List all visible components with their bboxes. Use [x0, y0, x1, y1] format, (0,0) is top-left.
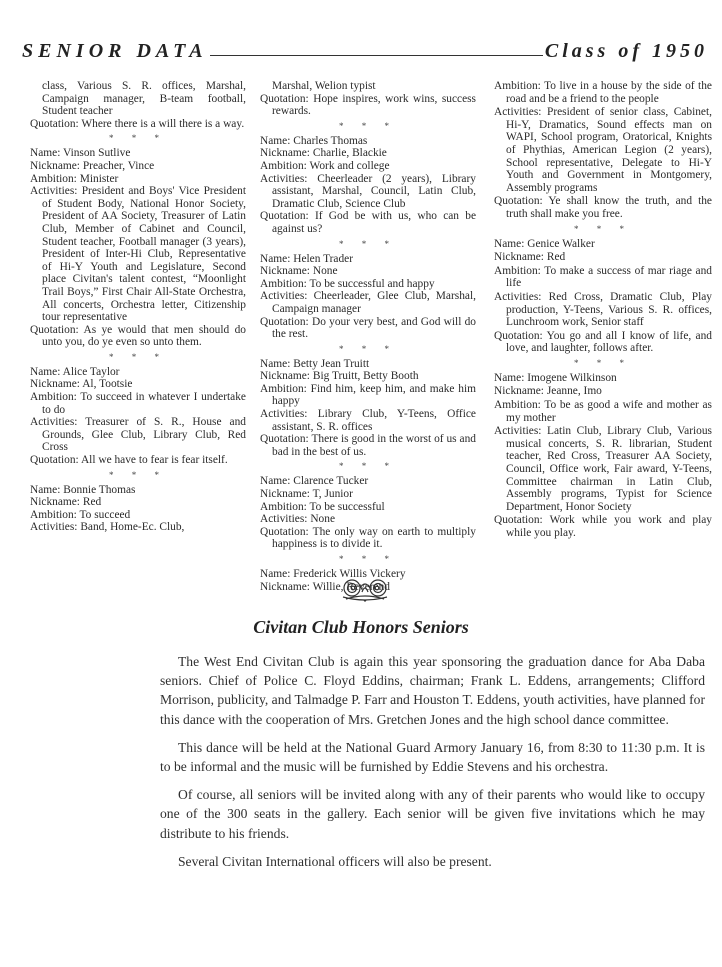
ambition-label: Ambition: [30, 509, 77, 521]
senior-entry: Marshal, Welion typistQuotation: Hope in… [260, 80, 476, 118]
ambition-field: Ambition: To succeed [30, 509, 246, 522]
activities-label: Activities: [494, 106, 541, 118]
quotation-label: Quotation: [30, 324, 79, 336]
senior-entry: Name: Imogene WilkinsonNickname: Jeanne,… [494, 372, 712, 540]
ambition-value: Work and college [310, 160, 390, 172]
quotation-field: Quotation: Ye shall know the truth, and … [494, 195, 712, 220]
article-paragraph: Several Civitan International officers w… [160, 852, 705, 871]
activities-field: Activities: Latin Club, Library Club, Va… [494, 425, 712, 513]
name-value: Vinson Sutlive [63, 147, 130, 159]
name-field: Name: Bonnie Thomas [30, 484, 246, 497]
nickname-field: Nickname: Preacher, Vince [30, 160, 246, 173]
quotation-field: Quotation: The only way on earth to mult… [260, 526, 476, 551]
quotation-label: Quotation: [494, 330, 543, 342]
ambition-label: Ambition: [494, 399, 541, 411]
activities-field: Activities: Treasurer of S. R., House an… [30, 416, 246, 454]
quotation-label: Quotation: [494, 195, 543, 207]
name-field: Name: Betty Jean Truitt [260, 358, 476, 371]
ambition-label: Ambition: [260, 278, 307, 290]
article-body: The West End Civitan Club is again this … [160, 652, 705, 880]
quotation-field: Quotation: Where there is a will there i… [30, 118, 246, 131]
article-title: Civitan Club Honors Seniors [0, 617, 722, 638]
nickname-label: Nickname: [260, 581, 310, 593]
column-2: Marshal, Welion typistQuotation: Hope in… [260, 80, 476, 593]
senior-entry: class, Various S. R. offices, Marshal, C… [30, 80, 246, 130]
senior-entry: Name: Bonnie ThomasNickname: RedAmbition… [30, 484, 246, 534]
activities-field: Activities: Library Club, Y-Teens, Offic… [260, 408, 476, 433]
quotation-label: Quotation: [30, 118, 79, 130]
activities-field: Activities: Cheerleader (2 years), Libra… [260, 173, 476, 211]
name-label: Name: [260, 135, 290, 147]
entry-separator: * * * [494, 357, 712, 369]
nickname-label: Nickname: [494, 251, 544, 263]
name-label: Name: [260, 568, 290, 580]
entry-separator: * * * [260, 343, 476, 355]
ambition-field: Ambition: Minister [30, 173, 246, 186]
name-field: Name: Genice Walker [494, 238, 712, 251]
header-rule [210, 55, 543, 56]
name-value: Genice Walker [527, 238, 595, 250]
nickname-label: Nickname: [30, 496, 80, 508]
activities-value: President of senior class, Cabinet, Hi-Y… [506, 106, 712, 194]
nickname-value: Red [83, 496, 101, 508]
quotation-field: Quotation: If God be with us, who can be… [260, 210, 476, 235]
name-value: Imogene Wilkinson [527, 372, 617, 384]
ambition-label: Ambition: [260, 160, 307, 172]
nickname-label: Nickname: [260, 370, 310, 382]
quotation-value: All we have to fear is fear itself. [81, 454, 228, 466]
quotation-value: Where there is a will there is a way. [81, 118, 244, 130]
nickname-field: Nickname: Al, Tootsie [30, 378, 246, 391]
senior-data-columns: class, Various S. R. offices, Marshal, C… [30, 80, 712, 593]
quotation-field: Quotation: All we have to fear is fear i… [30, 454, 246, 467]
quotation-label: Quotation: [260, 433, 309, 445]
nickname-label: Nickname: [30, 160, 80, 172]
entry-separator: * * * [30, 469, 246, 481]
activities-field: Activities: President and Boys' Vice Pre… [30, 185, 246, 324]
activities-field: Activities: Cheerleader, Glee Club, Mars… [260, 290, 476, 315]
senior-entry: Name: Charles ThomasNickname: Charlie, B… [260, 135, 476, 236]
ambition-value: Minister [80, 173, 119, 185]
nickname-field: Nickname: Red [494, 251, 712, 264]
name-label: Name: [494, 372, 524, 384]
name-label: Name: [30, 147, 60, 159]
name-value: Betty Jean Truitt [293, 358, 369, 370]
activities-value: President and Boys' Vice President of St… [42, 185, 246, 323]
nickname-value: Red [547, 251, 565, 263]
ambition-label: Ambition: [260, 501, 307, 513]
activities-label: Activities: [30, 416, 77, 428]
senior-entry: Name: Betty Jean TruittNickname: Big Tru… [260, 358, 476, 459]
scroll-ornament-icon [340, 578, 390, 602]
activities-label: Activities: [494, 291, 541, 303]
name-label: Name: [494, 238, 524, 250]
activities-label: Activities: [30, 185, 77, 197]
name-field: Name: Helen Trader [260, 253, 476, 266]
ambition-label: Ambition: [260, 383, 307, 395]
quotation-label: Quotation: [260, 93, 309, 105]
name-field: Name: Vinson Sutlive [30, 147, 246, 160]
ambition-field: Ambition: To live in a house by the side… [494, 80, 712, 105]
section-title: SENIOR DATA [22, 40, 208, 63]
quotation-field: Quotation: There is good in the worst of… [260, 433, 476, 458]
name-value: Alice Taylor [63, 366, 120, 378]
quotation-label: Quotation: [30, 454, 79, 466]
ambition-value: To succeed [80, 509, 131, 521]
nickname-field: Nickname: Jeanne, Imo [494, 385, 712, 398]
nickname-value: Big Truitt, Betty Booth [313, 370, 419, 382]
quotation-field: Quotation: Do your very best, and God wi… [260, 316, 476, 341]
quotation-field: Quotation: As ye would that men should d… [30, 324, 246, 349]
name-value: Helen Trader [293, 253, 353, 265]
activities-field: Activities: Red Cross, Dramatic Club, Pl… [494, 291, 712, 329]
page-header: SENIOR DATA Class of 1950 [22, 36, 708, 66]
nickname-value: Charlie, Blackie [313, 147, 387, 159]
nickname-value: Jeanne, Imo [547, 385, 602, 397]
name-value: Charles Thomas [293, 135, 367, 147]
continued-text: Marshal, Welion typist [260, 80, 476, 93]
name-label: Name: [30, 484, 60, 496]
ambition-field: Ambition: To succeed in whatever I under… [30, 391, 246, 416]
name-field: Name: Alice Taylor [30, 366, 246, 379]
article-paragraph: This dance will be held at the National … [160, 738, 705, 776]
quotation-label: Quotation: [260, 526, 309, 538]
article-paragraph: Of course, all seniors will be invited a… [160, 785, 705, 843]
senior-entry: Name: Helen TraderNickname: NoneAmbition… [260, 253, 476, 341]
activities-label: Activities: [260, 408, 307, 420]
senior-entry: Name: Vinson SutliveNickname: Preacher, … [30, 147, 246, 349]
activities-label: Activities: [260, 173, 307, 185]
senior-entry: Ambition: To live in a house by the side… [494, 80, 712, 221]
nickname-value: Al, Tootsie [82, 378, 132, 390]
ambition-field: Ambition: To be successful [260, 501, 476, 514]
name-label: Name: [260, 358, 290, 370]
ambition-field: Ambition: To make a success of mar riage… [494, 265, 712, 290]
name-field: Name: Charles Thomas [260, 135, 476, 148]
ambition-label: Ambition: [494, 80, 541, 92]
name-value: Clarence Tucker [293, 475, 368, 487]
activities-label: Activities: [260, 513, 307, 525]
entry-separator: * * * [260, 238, 476, 250]
nickname-value: Preacher, Vince [83, 160, 154, 172]
senior-entry: Name: Clarence TuckerNickname: T, Junior… [260, 475, 476, 551]
activities-label: Activities: [494, 425, 541, 437]
column-3: Ambition: To live in a house by the side… [494, 80, 712, 593]
ambition-field: Ambition: Work and college [260, 160, 476, 173]
activities-label: Activities: [260, 290, 307, 302]
nickname-label: Nickname: [494, 385, 544, 397]
quotation-field: Quotation: You go and all I know of life… [494, 330, 712, 355]
entry-separator: * * * [30, 351, 246, 363]
column-1: class, Various S. R. offices, Marshal, C… [30, 80, 246, 593]
entry-separator: * * * [494, 223, 712, 235]
ambition-label: Ambition: [494, 265, 541, 277]
nickname-field: Nickname: Red [30, 496, 246, 509]
class-year-title: Class of 1950 [545, 40, 708, 63]
entry-separator: * * * [30, 132, 246, 144]
nickname-value: None [313, 265, 338, 277]
nickname-field: Nickname: T, Junior [260, 488, 476, 501]
nickname-field: Nickname: Big Truitt, Betty Booth [260, 370, 476, 383]
nickname-field: Nickname: None [260, 265, 476, 278]
nickname-label: Nickname: [30, 378, 80, 390]
ambition-label: Ambition: [30, 173, 77, 185]
ambition-field: Ambition: To be as good a wife and mothe… [494, 399, 712, 424]
senior-entry: Name: Genice WalkerNickname: RedAmbition… [494, 238, 712, 355]
activities-value: Latin Club, Library Club, Various musica… [506, 425, 712, 513]
nickname-label: Nickname: [260, 488, 310, 500]
quotation-label: Quotation: [494, 514, 543, 526]
quotation-label: Quotation: [260, 316, 309, 328]
entry-separator: * * * [260, 553, 476, 565]
ambition-field: Ambition: To be successful and happy [260, 278, 476, 291]
name-label: Name: [260, 475, 290, 487]
ambition-label: Ambition: [30, 391, 77, 403]
ambition-value: To be successful and happy [310, 278, 435, 290]
activities-value: Band, Home-Ec. Club, [80, 521, 184, 533]
nickname-field: Nickname: Charlie, Blackie [260, 147, 476, 160]
entry-separator: * * * [260, 120, 476, 132]
activities-label: Activities: [30, 521, 77, 533]
activities-value: None [310, 513, 335, 525]
activities-field: Activities: President of senior class, C… [494, 106, 712, 194]
name-value: Bonnie Thomas [63, 484, 135, 496]
nickname-label: Nickname: [260, 265, 310, 277]
name-label: Name: [30, 366, 60, 378]
entry-separator: * * * [260, 460, 476, 472]
senior-entry: Name: Alice TaylorNickname: Al, TootsieA… [30, 366, 246, 467]
name-label: Name: [260, 253, 290, 265]
nickname-value: T, Junior [313, 488, 353, 500]
activities-field: Activities: Band, Home-Ec. Club, [30, 521, 246, 534]
nickname-label: Nickname: [260, 147, 310, 159]
name-field: Name: Imogene Wilkinson [494, 372, 712, 385]
ambition-value: To be successful [310, 501, 385, 513]
quotation-field: Quotation: Hope inspires, work wins, suc… [260, 93, 476, 118]
continued-text: class, Various S. R. offices, Marshal, C… [30, 80, 246, 118]
quotation-field: Quotation: Work while you work and play … [494, 514, 712, 539]
article-paragraph: The West End Civitan Club is again this … [160, 652, 705, 729]
ambition-field: Ambition: Find him, keep him, and make h… [260, 383, 476, 408]
name-field: Name: Clarence Tucker [260, 475, 476, 488]
activities-field: Activities: None [260, 513, 476, 526]
quotation-label: Quotation: [260, 210, 309, 222]
